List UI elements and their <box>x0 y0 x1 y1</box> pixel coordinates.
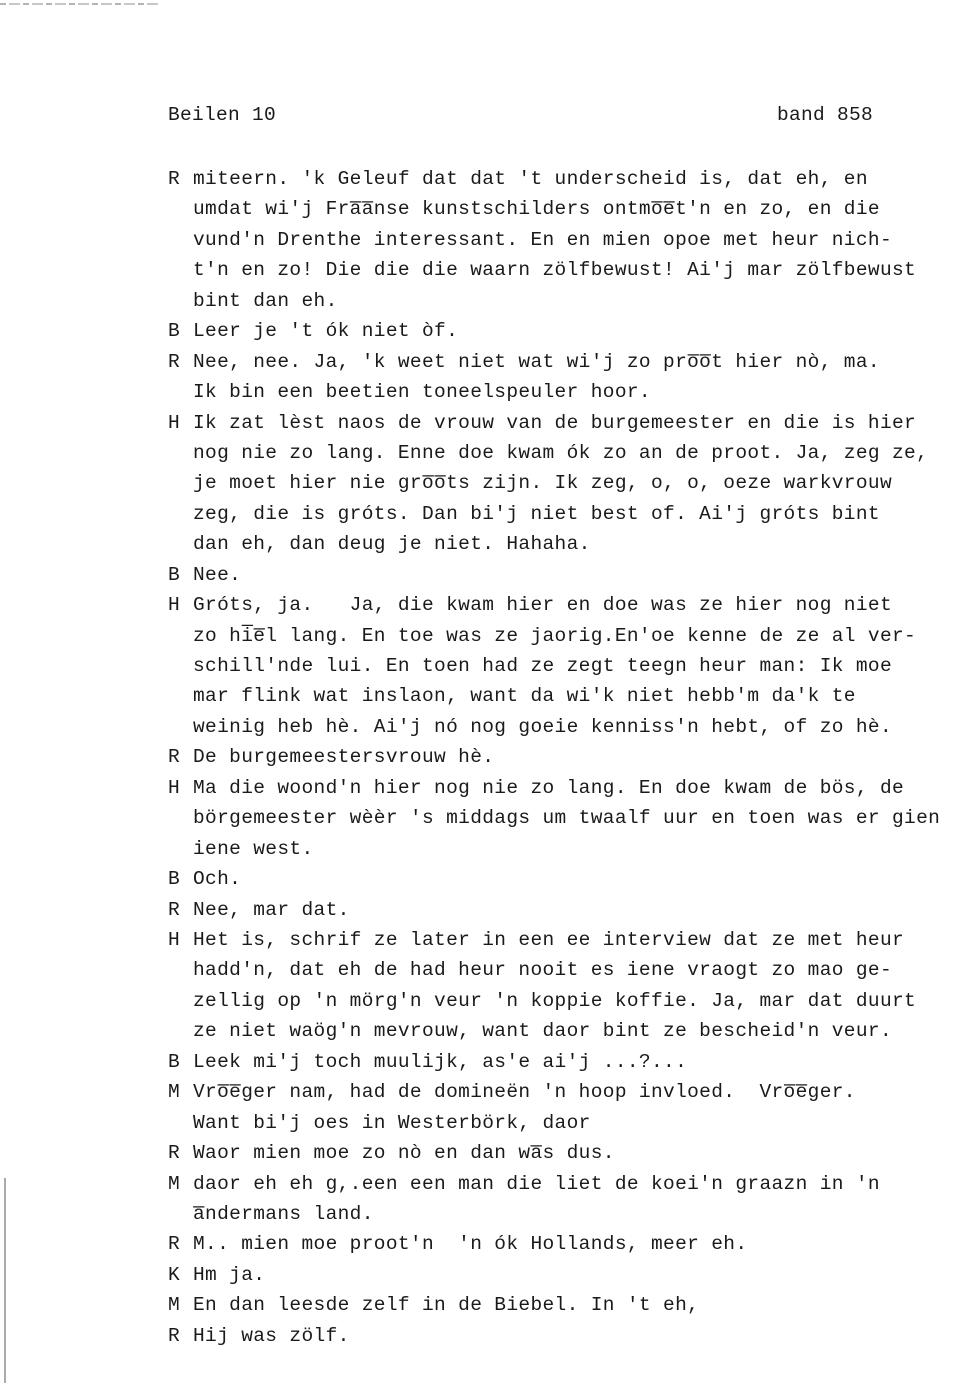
speaker-turn: RNee, mar dat. <box>168 895 966 925</box>
speaker-label: B <box>168 316 193 346</box>
utterance: Leek mi'j toch muulijk, as'e ai'j ...?..… <box>193 1047 966 1077</box>
utterance: Waor mien moe zo nò en dan wa̅s dus. <box>193 1138 966 1168</box>
speaker-turn: HMa die woond'n hier nog nie zo lang. En… <box>168 773 966 864</box>
speaker-turn: RHij was zölf. <box>168 1321 966 1351</box>
utterance-line: zo hi̅e̅l lang. En toe was ze jaorig.En'… <box>193 621 966 651</box>
page-header: Beilen 10 band 858 <box>168 104 873 130</box>
utterance-line: Leer je 't ók niet òf. <box>193 316 966 346</box>
speaker-turn: RDe burgemeestersvrouw hè. <box>168 742 966 772</box>
utterance-line: iene west. <box>193 834 966 864</box>
speaker-label: H <box>168 590 193 742</box>
utterance-line: bint dan eh. <box>193 286 966 316</box>
utterance-line: Ik bin een beetien toneelspeuler hoor. <box>193 377 966 407</box>
utterance-line: De burgemeestersvrouw hè. <box>193 742 966 772</box>
tape-number-label: band 858 <box>777 104 873 126</box>
transcript-body: Rmiteern. 'k Geleuf dat dat 't undersche… <box>168 164 966 1351</box>
speaker-label: B <box>168 560 193 590</box>
utterance: Hm ja. <box>193 1260 966 1290</box>
utterance-line: vund'n Drenthe interessant. En en mien o… <box>193 225 966 255</box>
speaker-label: R <box>168 895 193 925</box>
utterance: Gróts, ja. Ja, die kwam hier en doe was … <box>193 590 966 742</box>
speaker-label: R <box>168 164 193 316</box>
utterance: Nee, mar dat. <box>193 895 966 925</box>
speaker-turn: KHm ja. <box>168 1260 966 1290</box>
utterance-line: börgemeester wèèr 's middags um twaalf u… <box>193 803 966 833</box>
utterance-line: a̅ndermans land. <box>193 1199 966 1229</box>
speaker-label: R <box>168 1229 193 1259</box>
utterance-line: Ma die woond'n hier nog nie zo lang. En … <box>193 773 966 803</box>
speaker-turn: BNee. <box>168 560 966 590</box>
speaker-turn: RNee, nee. Ja, 'k weet niet wat wi'j zo … <box>168 347 966 408</box>
speaker-turn: HHet is, schrif ze later in een ee inter… <box>168 925 966 1047</box>
utterance-line: Hm ja. <box>193 1260 966 1290</box>
utterance-line: Waor mien moe zo nò en dan wa̅s dus. <box>193 1138 966 1168</box>
speaker-turn: BLeek mi'j toch muulijk, as'e ai'j ...?.… <box>168 1047 966 1077</box>
speaker-turn: RM.. mien moe proot'n 'n ók Hollands, me… <box>168 1229 966 1259</box>
utterance-line: schill'nde lui. En toen had ze zegt teeg… <box>193 651 966 681</box>
speaker-turn: Mdaor eh eh g,.een een man die liet de k… <box>168 1169 966 1230</box>
utterance: Ik zat lèst naos de vrouw van de burgeme… <box>193 408 966 560</box>
speaker-label: M <box>168 1290 193 1320</box>
utterance-line: daor eh eh g,.een een man die liet de ko… <box>193 1169 966 1199</box>
scan-edge-artifact-top <box>0 3 160 5</box>
utterance: Het is, schrif ze later in een ee interv… <box>193 925 966 1047</box>
utterance: M.. mien moe proot'n 'n ók Hollands, mee… <box>193 1229 966 1259</box>
utterance: Nee, nee. Ja, 'k weet niet wat wi'j zo p… <box>193 347 966 408</box>
speaker-turn: BLeer je 't ók niet òf. <box>168 316 966 346</box>
speaker-label: R <box>168 347 193 408</box>
speaker-label: H <box>168 408 193 560</box>
utterance: Vro̅e̅ger nam, had de domineën 'n hoop i… <box>193 1077 966 1138</box>
utterance-line: En dan leesde zelf in de Biebel. In 't e… <box>193 1290 966 1320</box>
speaker-turn: MEn dan leesde zelf in de Biebel. In 't … <box>168 1290 966 1320</box>
utterance-line: nog nie zo lang. Enne doe kwam ók zo an … <box>193 438 966 468</box>
utterance: De burgemeestersvrouw hè. <box>193 742 966 772</box>
utterance: Leer je 't ók niet òf. <box>193 316 966 346</box>
speaker-label: M <box>168 1169 193 1230</box>
utterance-line: ze niet waög'n mevrouw, want daor bint z… <box>193 1016 966 1046</box>
utterance: miteern. 'k Geleuf dat dat 't underschei… <box>193 164 966 316</box>
utterance-line: zellig op 'n mörg'n veur 'n koppie koffi… <box>193 986 966 1016</box>
scan-edge-artifact-left <box>4 1178 6 1383</box>
utterance: Hij was zölf. <box>193 1321 966 1351</box>
speaker-turn: MVro̅e̅ger nam, had de domineën 'n hoop … <box>168 1077 966 1138</box>
utterance: Nee. <box>193 560 966 590</box>
utterance-line: weinig heb hè. Ai'j nó nog goeie kenniss… <box>193 712 966 742</box>
speaker-label: M <box>168 1077 193 1138</box>
utterance-line: Ik zat lèst naos de vrouw van de burgeme… <box>193 408 966 438</box>
speaker-label: H <box>168 773 193 864</box>
speaker-turn: HGróts, ja. Ja, die kwam hier en doe was… <box>168 590 966 742</box>
speaker-label: H <box>168 925 193 1047</box>
utterance-line: Nee, mar dat. <box>193 895 966 925</box>
utterance-line: Want bi'j oes in Westerbörk, daor <box>193 1108 966 1138</box>
utterance-line: Vro̅e̅ger nam, had de domineën 'n hoop i… <box>193 1077 966 1107</box>
utterance-line: mar flink wat inslaon, want da wi'k niet… <box>193 681 966 711</box>
speaker-turn: HIk zat lèst naos de vrouw van de burgem… <box>168 408 966 560</box>
speaker-turn: BOch. <box>168 864 966 894</box>
speaker-label: B <box>168 1047 193 1077</box>
utterance-line: je moet hier nie gro̅o̅ts zijn. Ik zeg, … <box>193 468 966 498</box>
utterance: Ma die woond'n hier nog nie zo lang. En … <box>193 773 966 864</box>
speaker-label: B <box>168 864 193 894</box>
speaker-turn: RWaor mien moe zo nò en dan wa̅s dus. <box>168 1138 966 1168</box>
utterance: En dan leesde zelf in de Biebel. In 't e… <box>193 1290 966 1320</box>
utterance-line: Hij was zölf. <box>193 1321 966 1351</box>
utterance-line: Nee. <box>193 560 966 590</box>
utterance-line: Leek mi'j toch muulijk, as'e ai'j ...?..… <box>193 1047 966 1077</box>
utterance-line: Och. <box>193 864 966 894</box>
speaker-label: R <box>168 742 193 772</box>
utterance-line: miteern. 'k Geleuf dat dat 't underschei… <box>193 164 966 194</box>
speaker-label: R <box>168 1138 193 1168</box>
utterance-line: Nee, nee. Ja, 'k weet niet wat wi'j zo p… <box>193 347 966 377</box>
utterance: Och. <box>193 864 966 894</box>
speaker-label: R <box>168 1321 193 1351</box>
utterance-line: t'n en zo! Die die die waarn zölfbewust!… <box>193 255 966 285</box>
utterance-line: Het is, schrif ze later in een ee interv… <box>193 925 966 955</box>
utterance-line: hadd'n, dat eh de had heur nooit es iene… <box>193 955 966 985</box>
speaker-turn: Rmiteern. 'k Geleuf dat dat 't undersche… <box>168 164 966 316</box>
speaker-label: K <box>168 1260 193 1290</box>
utterance-line: Gróts, ja. Ja, die kwam hier en doe was … <box>193 590 966 620</box>
utterance: daor eh eh g,.een een man die liet de ko… <box>193 1169 966 1230</box>
utterance-line: umdat wi'j Fra̅a̅nse kunstschilders ontm… <box>193 194 966 224</box>
document-location-label: Beilen 10 <box>168 104 276 126</box>
utterance-line: zeg, die is gróts. Dan bi'j niet best of… <box>193 499 966 529</box>
utterance-line: M.. mien moe proot'n 'n ók Hollands, mee… <box>193 1229 966 1259</box>
utterance-line: dan eh, dan deug je niet. Hahaha. <box>193 529 966 559</box>
